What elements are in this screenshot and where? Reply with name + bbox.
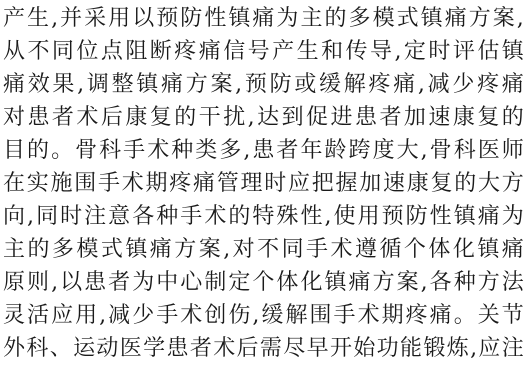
text-line-10: 灵活应用,减少手术创伤,缓解围手术期疼痛。关节 [3,301,525,331]
text-line-11: 外科、运动医学患者术后需尽早开始功能锻炼,应注 [3,334,525,364]
text-line-8: 主的多模式镇痛方案,对不同手术遵循个体化镇痛 [3,235,525,265]
document-page: 产生,并采用以预防性镇痛为主的多模式镇痛方案, 从不同位点阻断疼痛信号产生和传导… [0,0,527,369]
text-line-4: 对患者术后康复的干扰,达到促进患者加速康复的 [3,103,525,133]
text-line-9: 原则,以患者为中心制定个体化镇痛方案,各种方法 [3,268,525,298]
text-line-7: 向,同时注意各种手术的特殊性,使用预防性镇痛为 [3,202,525,232]
text-line-6: 在实施围手术期疼痛管理时应把握加速康复的大方 [3,169,525,199]
text-line-3: 痛效果,调整镇痛方案,预防或缓解疼痛,减少疼痛 [3,70,525,100]
text-line-5: 目的。骨科手术种类多,患者年龄跨度大,骨科医师 [3,136,525,166]
text-line-2: 从不同位点阻断疼痛信号产生和传导,定时评估镇 [3,37,525,67]
text-line-1: 产生,并采用以预防性镇痛为主的多模式镇痛方案, [3,4,525,34]
